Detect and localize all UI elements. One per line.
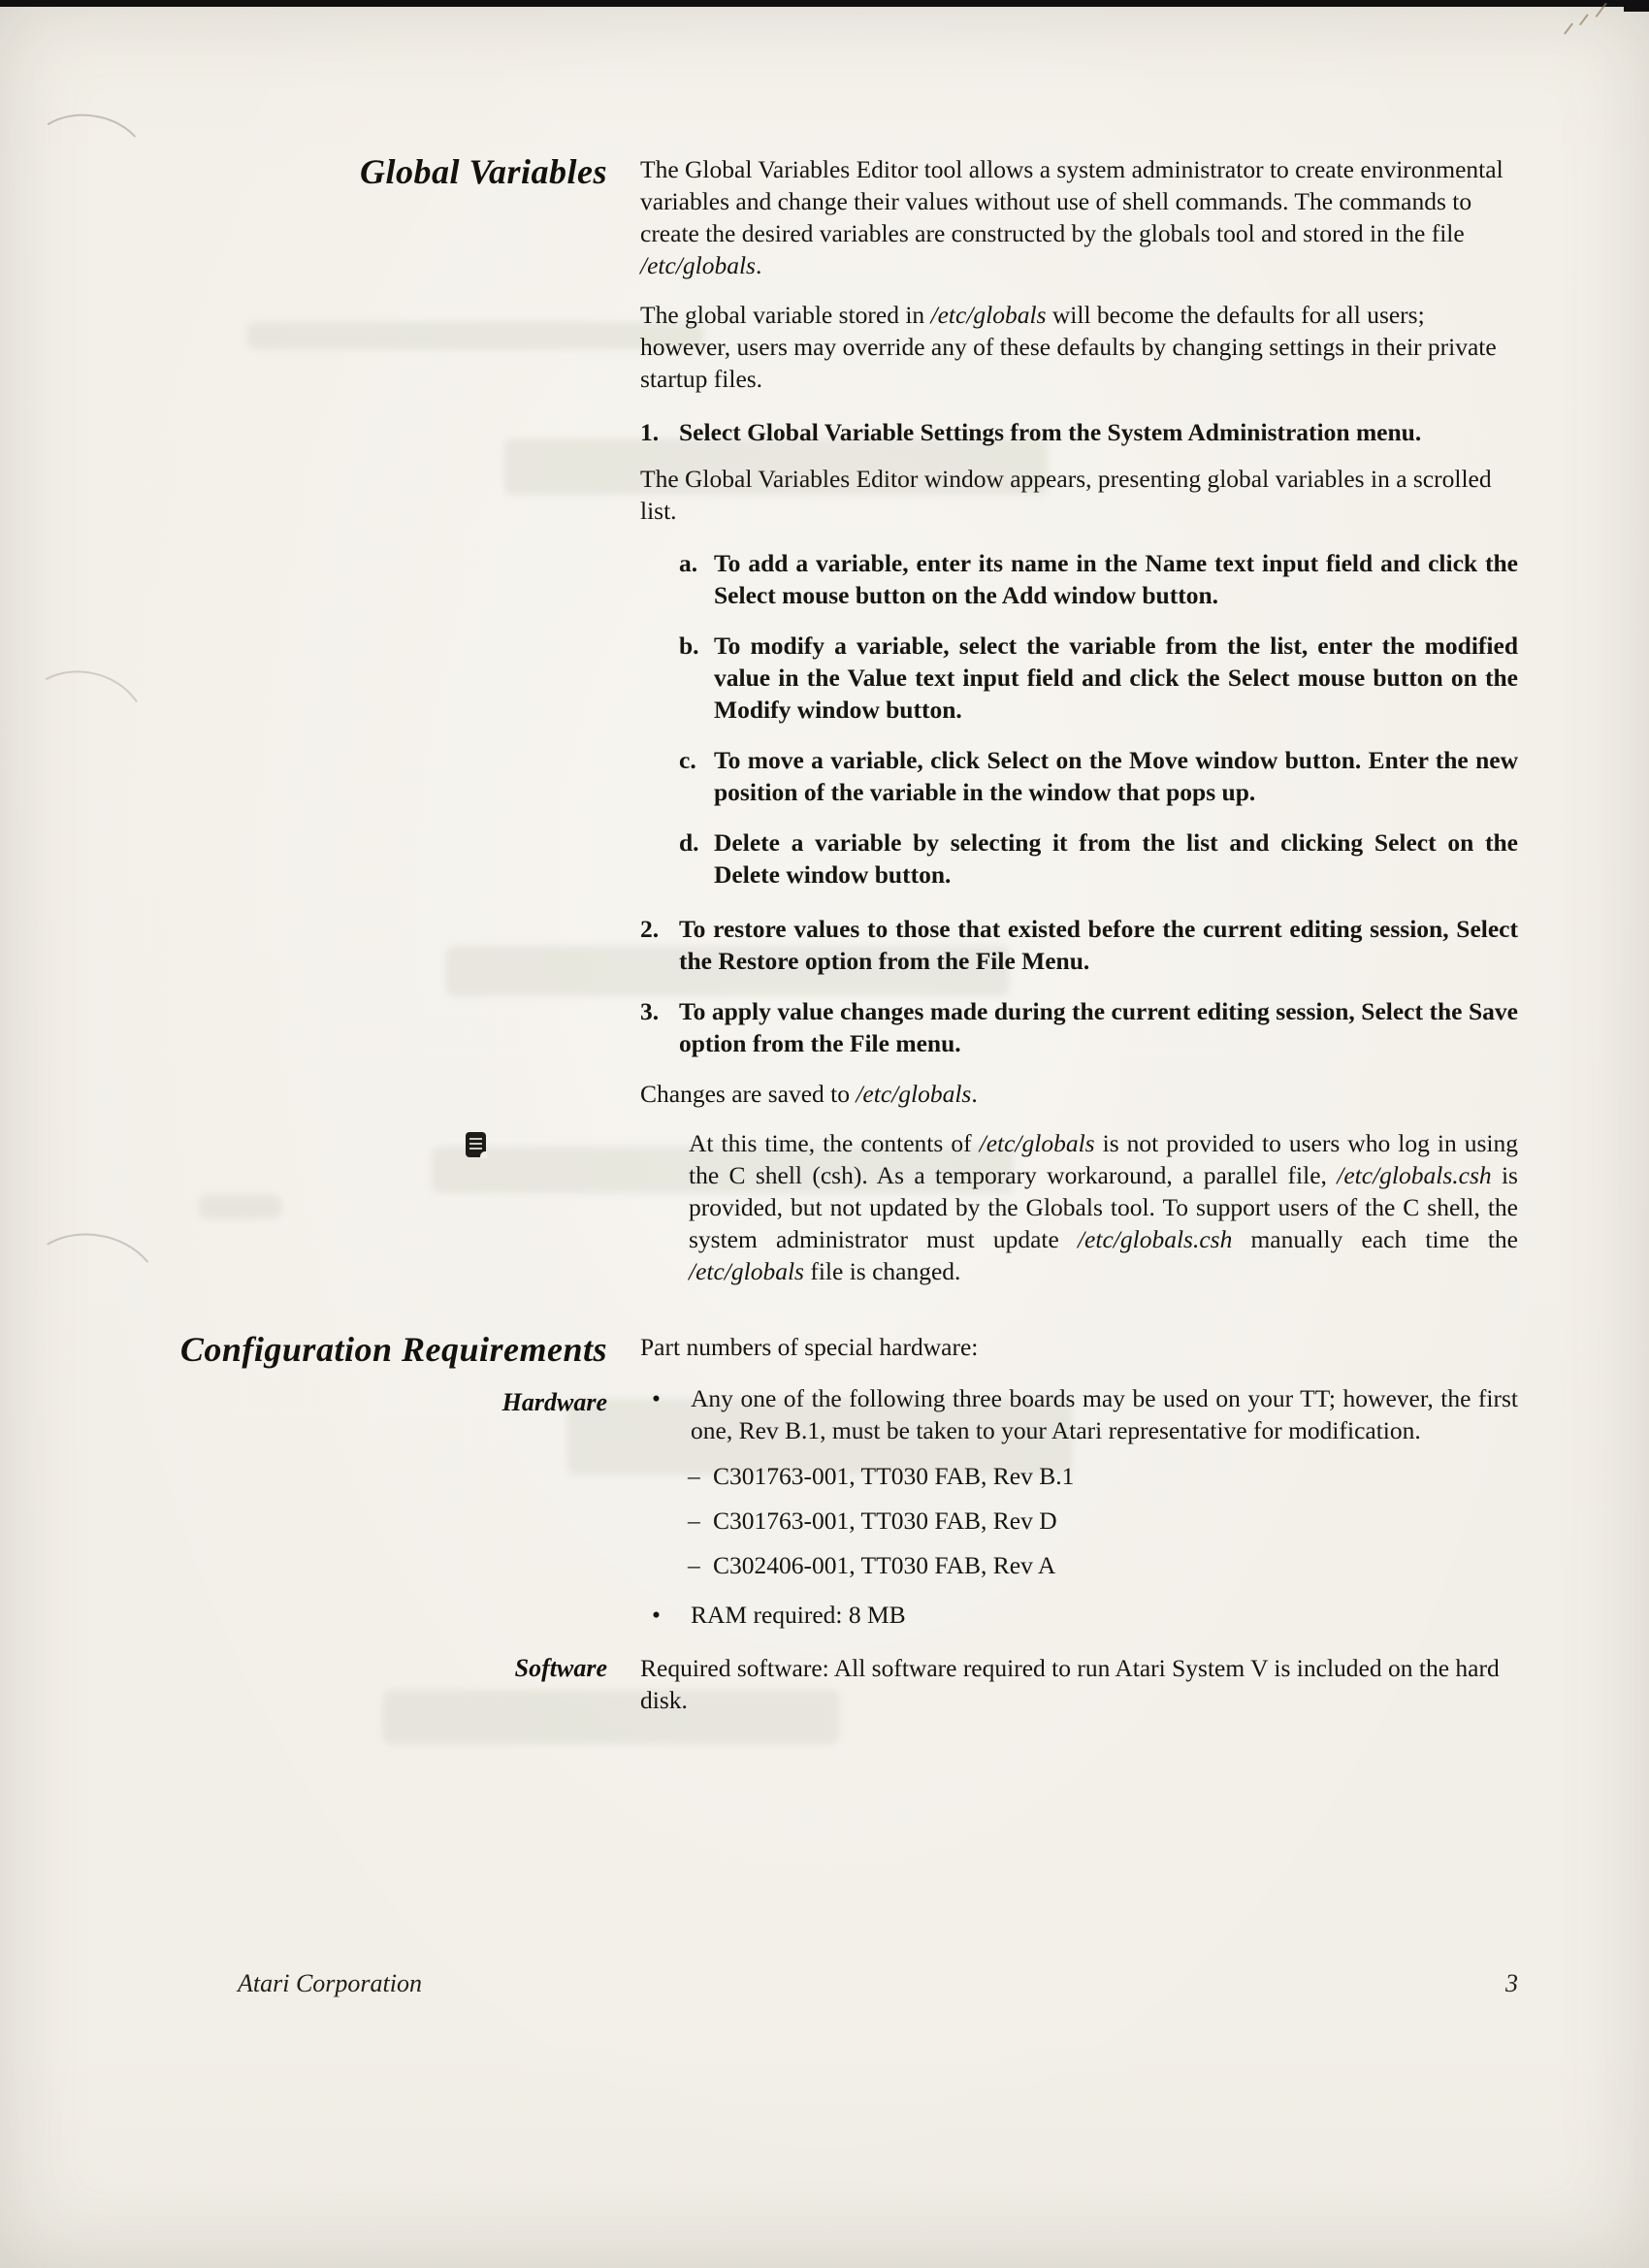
note-block: At this time, the contents of /etc/globa…	[689, 1127, 1518, 1287]
paragraph: The global variable stored in /etc/globa…	[640, 299, 1518, 395]
file-path: /etc/globals.csh	[1078, 1225, 1232, 1253]
bullet-glyph: •	[652, 1382, 691, 1446]
item-detail-paragraph: The Global Variables Editor window appea…	[640, 463, 1518, 527]
paragraph-text: .	[756, 251, 761, 279]
section-heading-gutter: Configuration Requirements	[0, 1331, 607, 1367]
section-global-variables: Global Variables The Global Variables Ed…	[0, 153, 1518, 1287]
note-icon	[466, 1132, 486, 1157]
paragraph-text: The global variable stored in	[640, 301, 931, 329]
file-path: /etc/globals	[980, 1129, 1095, 1157]
file-path: /etc/globals.csh	[1337, 1161, 1491, 1189]
hardware-row: Hardware • Any one of the following thre…	[0, 1382, 1518, 1636]
pen-scribble-artifact	[1559, 3, 1617, 35]
note-text: At this time, the contents of	[689, 1129, 980, 1157]
bullet-item: • RAM required: 8 MB	[652, 1599, 1518, 1631]
item-letter: d.	[679, 826, 714, 891]
note-text: manually each time the	[1232, 1225, 1518, 1253]
section-configuration-requirements: Configuration Requirements Part numbers …	[0, 1331, 1518, 1732]
footer-company: Atari Corporation	[238, 1969, 422, 1998]
part-number-item: – C301763-001, TT030 FAB, Rev D	[688, 1505, 1518, 1537]
scanned-manual-page: Global Variables The Global Variables Ed…	[0, 0, 1649, 2268]
item-number: 3.	[640, 995, 679, 1059]
item-text: To move a variable, click Select on the …	[714, 744, 1518, 808]
lettered-item-d: d. Delete a variable by selecting it fro…	[679, 826, 1518, 891]
bullet-item: • Any one of the following three boards …	[652, 1382, 1518, 1446]
dash-glyph: –	[688, 1505, 713, 1537]
item-text: Select Global Variable Settings from the…	[679, 416, 1518, 448]
file-path: /etc/globals	[856, 1080, 971, 1108]
numbered-item-1: 1. Select Global Variable Settings from …	[640, 416, 1518, 448]
part-number-text: C301763-001, TT030 FAB, Rev B.1	[713, 1460, 1518, 1492]
item-number: 2.	[640, 913, 679, 977]
file-path: /etc/globals	[640, 251, 756, 279]
item-letter: b.	[679, 630, 714, 726]
hardware-body: • Any one of the following three boards …	[640, 1382, 1518, 1636]
item-text: To restore values to those that existed …	[679, 913, 1518, 977]
section-heading-gutter: Global Variables	[0, 153, 607, 189]
file-path: /etc/globals	[931, 301, 1047, 329]
item-letter: c.	[679, 744, 714, 808]
item-text: To add a variable, enter its name in the…	[714, 547, 1518, 611]
numbered-item-2: 2. To restore values to those that exist…	[640, 913, 1518, 977]
part-number-text: C301763-001, TT030 FAB, Rev D	[713, 1505, 1518, 1537]
paragraph: The Global Variables Editor tool allows …	[640, 153, 1518, 281]
item-text: To modify a variable, select the variabl…	[714, 630, 1518, 726]
file-path: /etc/globals	[689, 1257, 804, 1285]
item-text: To apply value changes made during the c…	[679, 995, 1518, 1059]
config-intro: Part numbers of special hardware:	[640, 1331, 1518, 1363]
dash-glyph: –	[688, 1549, 713, 1581]
bullet-text: RAM required: 8 MB	[691, 1599, 1518, 1631]
item-text: Delete a variable by selecting it from t…	[714, 826, 1518, 891]
paragraph-text: The Global Variables Editor tool allows …	[640, 155, 1503, 247]
part-number-item: – C302406-001, TT030 FAB, Rev A	[688, 1549, 1518, 1581]
lettered-item-b: b. To modify a variable, select the vari…	[679, 630, 1518, 726]
numbered-item-3: 3. To apply value changes made during th…	[640, 995, 1518, 1059]
section-body: The Global Variables Editor tool allows …	[640, 153, 1518, 1287]
section-heading: Configuration Requirements	[0, 1332, 607, 1367]
scan-edge-artifact	[0, 0, 1649, 7]
note-text: file is changed.	[804, 1257, 960, 1285]
subsection-label-gutter: Hardware	[0, 1382, 607, 1418]
part-number-item: – C301763-001, TT030 FAB, Rev B.1	[688, 1460, 1518, 1492]
footer-page-number: 3	[1505, 1969, 1518, 1998]
subsection-label-gutter: Software	[0, 1652, 607, 1684]
hardware-label: Hardware	[0, 1386, 607, 1418]
item-number: 1.	[640, 416, 679, 448]
item-letter: a.	[679, 547, 714, 611]
part-number-text: C302406-001, TT030 FAB, Rev A	[713, 1549, 1518, 1581]
software-label: Software	[0, 1652, 607, 1684]
bullet-glyph: •	[652, 1599, 691, 1631]
saved-line: Changes are saved to /etc/globals.	[640, 1078, 1518, 1110]
software-row: Software Required software: All software…	[0, 1652, 1518, 1716]
paragraph-text: .	[971, 1080, 977, 1108]
lettered-item-c: c. To move a variable, click Select on t…	[679, 744, 1518, 808]
lettered-item-a: a. To add a variable, enter its name in …	[679, 547, 1518, 611]
bullet-text: Any one of the following three boards ma…	[691, 1382, 1518, 1446]
config-heading-row: Configuration Requirements Part numbers …	[0, 1331, 1518, 1367]
dash-glyph: –	[688, 1460, 713, 1492]
paragraph-text: Changes are saved to	[640, 1080, 856, 1108]
section-heading: Global Variables	[0, 154, 607, 189]
software-text: Required software: All software required…	[640, 1652, 1518, 1716]
